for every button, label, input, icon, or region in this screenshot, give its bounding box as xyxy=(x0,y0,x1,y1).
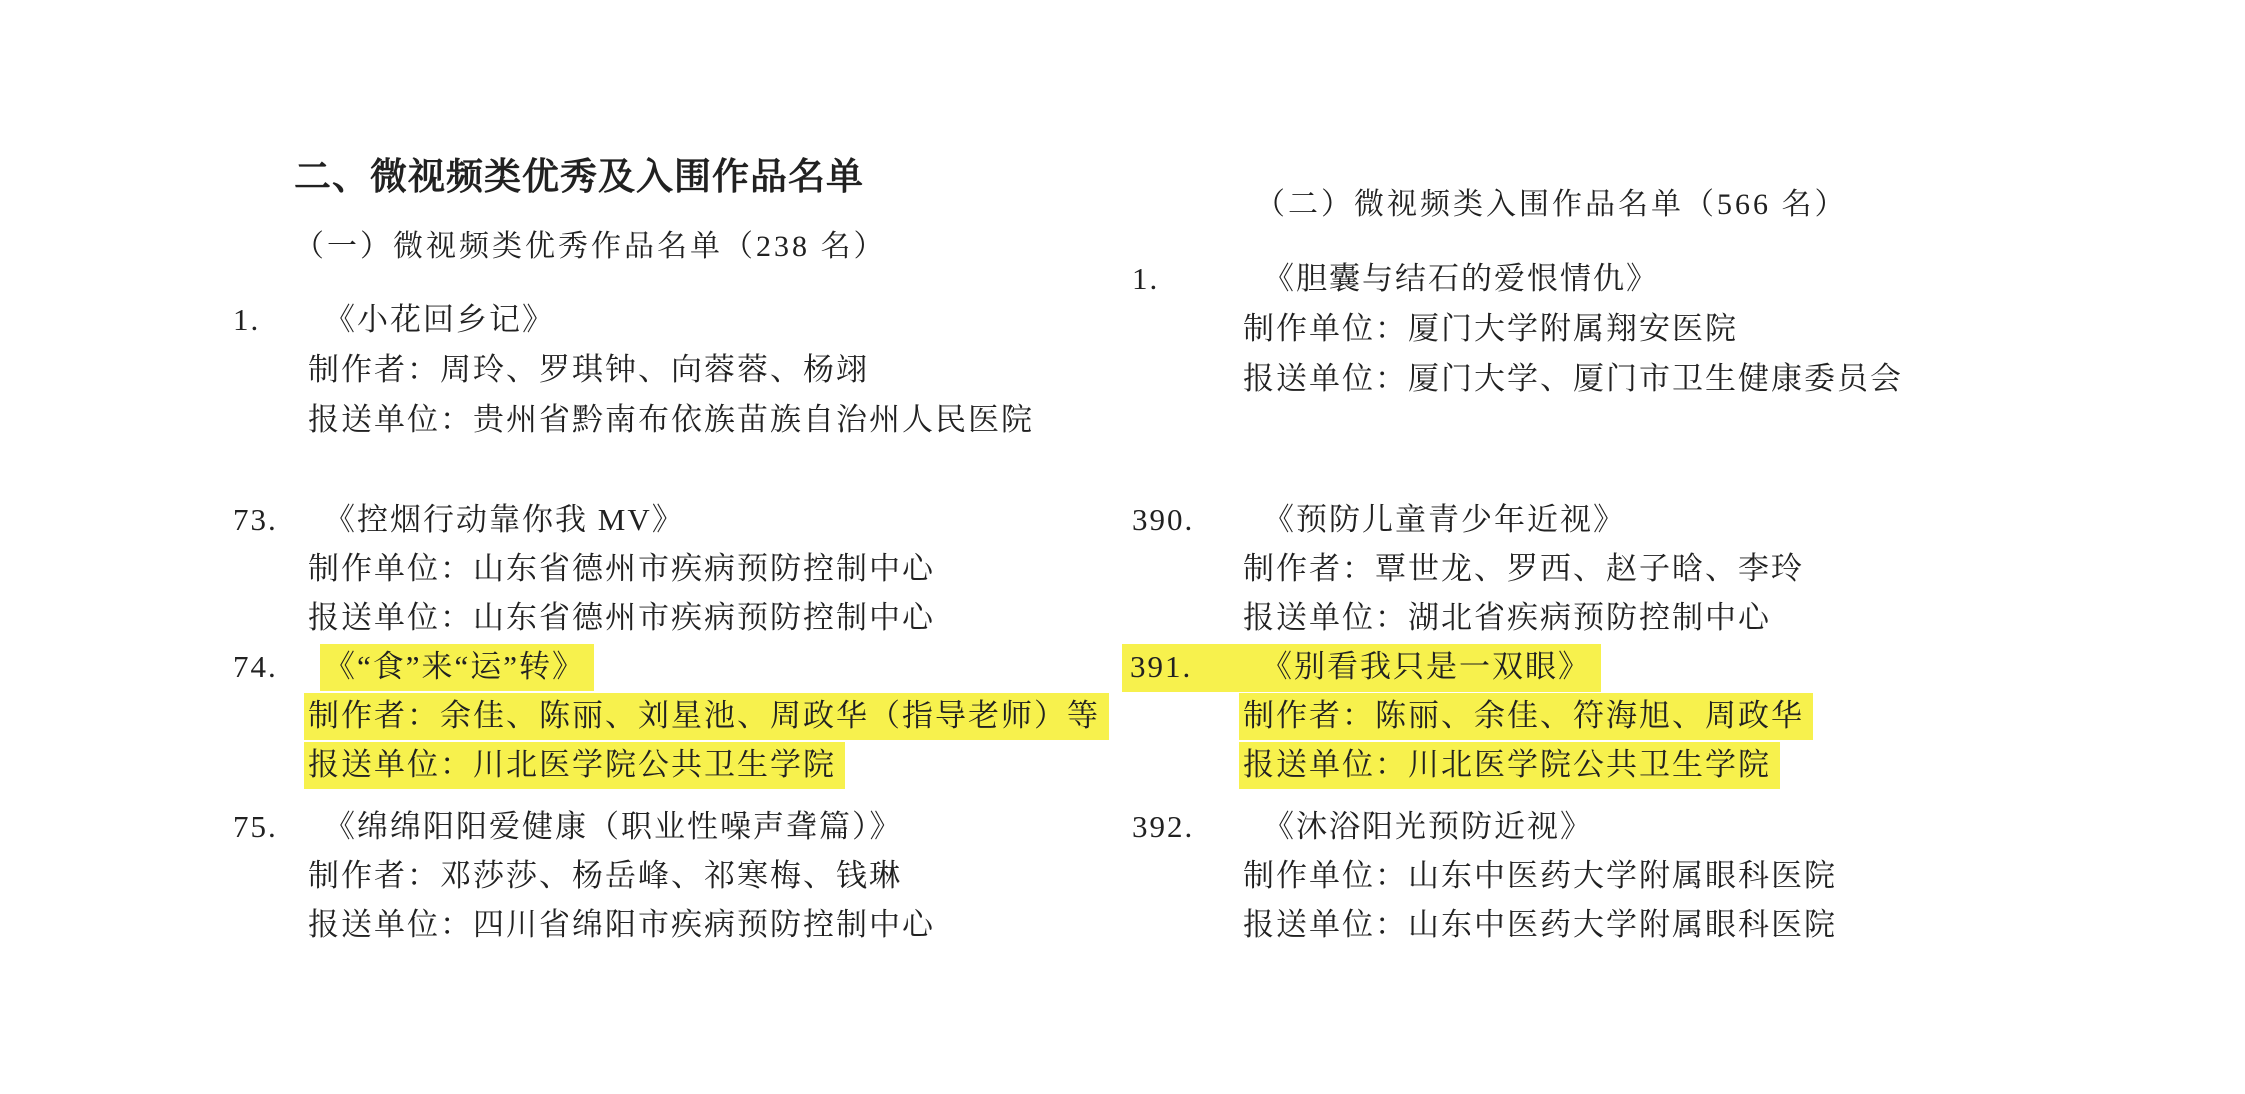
entry-detail: 报送单位：四川省绵阳市疾病预防控制中心 xyxy=(308,907,935,943)
list-item: 391.《别看我只是一双眼》 xyxy=(1122,644,1601,692)
entry-detail: 报送单位：山东中医药大学附属眼科医院 xyxy=(1243,907,1837,943)
entry-title: 《控烟行动靠你我 MV》 xyxy=(324,502,685,537)
list-item: 1.《胆囊与结石的爱恨情仇》 xyxy=(1132,261,1659,297)
entry-number: 392. xyxy=(1132,809,1263,845)
entry-detail: 制作者：覃世龙、罗西、赵子晗、李玲 xyxy=(1243,551,1804,587)
entry-detail: 报送单位：贵州省黔南布依族苗族自治州人民医院 xyxy=(308,402,1034,438)
section-2-subtitle: （二）微视频类入围作品名单（566 名） xyxy=(1255,179,1848,223)
section-1-subtitle: （一）微视频类优秀作品名单（238 名） xyxy=(294,221,887,265)
entry-number: 391. xyxy=(1130,649,1261,685)
list-item: 392.《沐浴阳光预防近视》 xyxy=(1132,809,1593,845)
entry-title: 《胆囊与结石的爱恨情仇》 xyxy=(1263,261,1659,296)
entry-detail: 报送单位：厦门大学、厦门市卫生健康委员会 xyxy=(1243,361,1903,397)
entry-detail: 报送单位：山东省德州市疾病预防控制中心 xyxy=(308,600,935,636)
entry-detail: 报送单位：川北医学院公共卫生学院 xyxy=(1239,747,1780,783)
entry-detail: 制作单位：厦门大学附属翔安医院 xyxy=(1243,311,1738,347)
entry-title: 《别看我只是一双眼》 xyxy=(1261,649,1591,684)
entry-detail: 制作者：周玲、罗琪钟、向蓉蓉、杨翊 xyxy=(308,352,869,388)
list-item: 390.《预防儿童青少年近视》 xyxy=(1132,502,1626,538)
entry-detail: 制作者：余佳、陈丽、刘星池、周政华（指导老师）等 xyxy=(304,698,1109,734)
entry-detail: 制作单位：山东中医药大学附属眼科医院 xyxy=(1243,858,1837,894)
entry-title: 《预防儿童青少年近视》 xyxy=(1263,502,1626,537)
entry-number: 75. xyxy=(233,809,324,845)
entry-number: 74. xyxy=(233,649,320,685)
entry-detail: 制作者：陈丽、余佳、符海旭、周政华 xyxy=(1239,698,1813,734)
entry-number: 390. xyxy=(1132,502,1263,538)
list-item: 73.《控烟行动靠你我 MV》 xyxy=(233,502,685,538)
entry-detail: 制作者：邓莎莎、杨岳峰、祁寒梅、钱琳 xyxy=(308,858,902,894)
entry-number: 73. xyxy=(233,502,324,538)
entry-title: 《“食”来“运”转》 xyxy=(320,644,594,691)
entry-number: 1. xyxy=(1132,261,1263,297)
document-page: 二、微视频类优秀及入围作品名单 （一）微视频类优秀作品名单（238 名） （二）… xyxy=(0,0,2245,1094)
entry-detail: 报送单位：川北医学院公共卫生学院 xyxy=(304,747,845,783)
entry-title: 《沐浴阳光预防近视》 xyxy=(1263,809,1593,844)
list-item: 74.《“食”来“运”转》 xyxy=(233,649,594,685)
entry-detail: 制作单位：山东省德州市疾病预防控制中心 xyxy=(308,551,935,587)
entry-detail-text: 制作者：余佳、陈丽、刘星池、周政华（指导老师）等 xyxy=(304,693,1109,740)
entry-title: 《绵绵阳阳爱健康（职业性噪声聋篇）》 xyxy=(324,809,903,844)
entry-title: 《小花回乡记》 xyxy=(324,302,555,337)
entry-detail-text: 制作者：陈丽、余佳、符海旭、周政华 xyxy=(1239,693,1813,740)
list-item: 75.《绵绵阳阳爱健康（职业性噪声聋篇）》 xyxy=(233,809,903,845)
document-heading: 二、微视频类优秀及入围作品名单 xyxy=(294,146,864,200)
entry-number: 1. xyxy=(233,302,324,338)
entry-detail: 报送单位：湖北省疾病预防控制中心 xyxy=(1243,600,1771,636)
entry-detail-text: 报送单位：川北医学院公共卫生学院 xyxy=(304,742,845,789)
entry-detail-text: 报送单位：川北医学院公共卫生学院 xyxy=(1239,742,1780,789)
list-item: 1.《小花回乡记》 xyxy=(233,302,555,338)
